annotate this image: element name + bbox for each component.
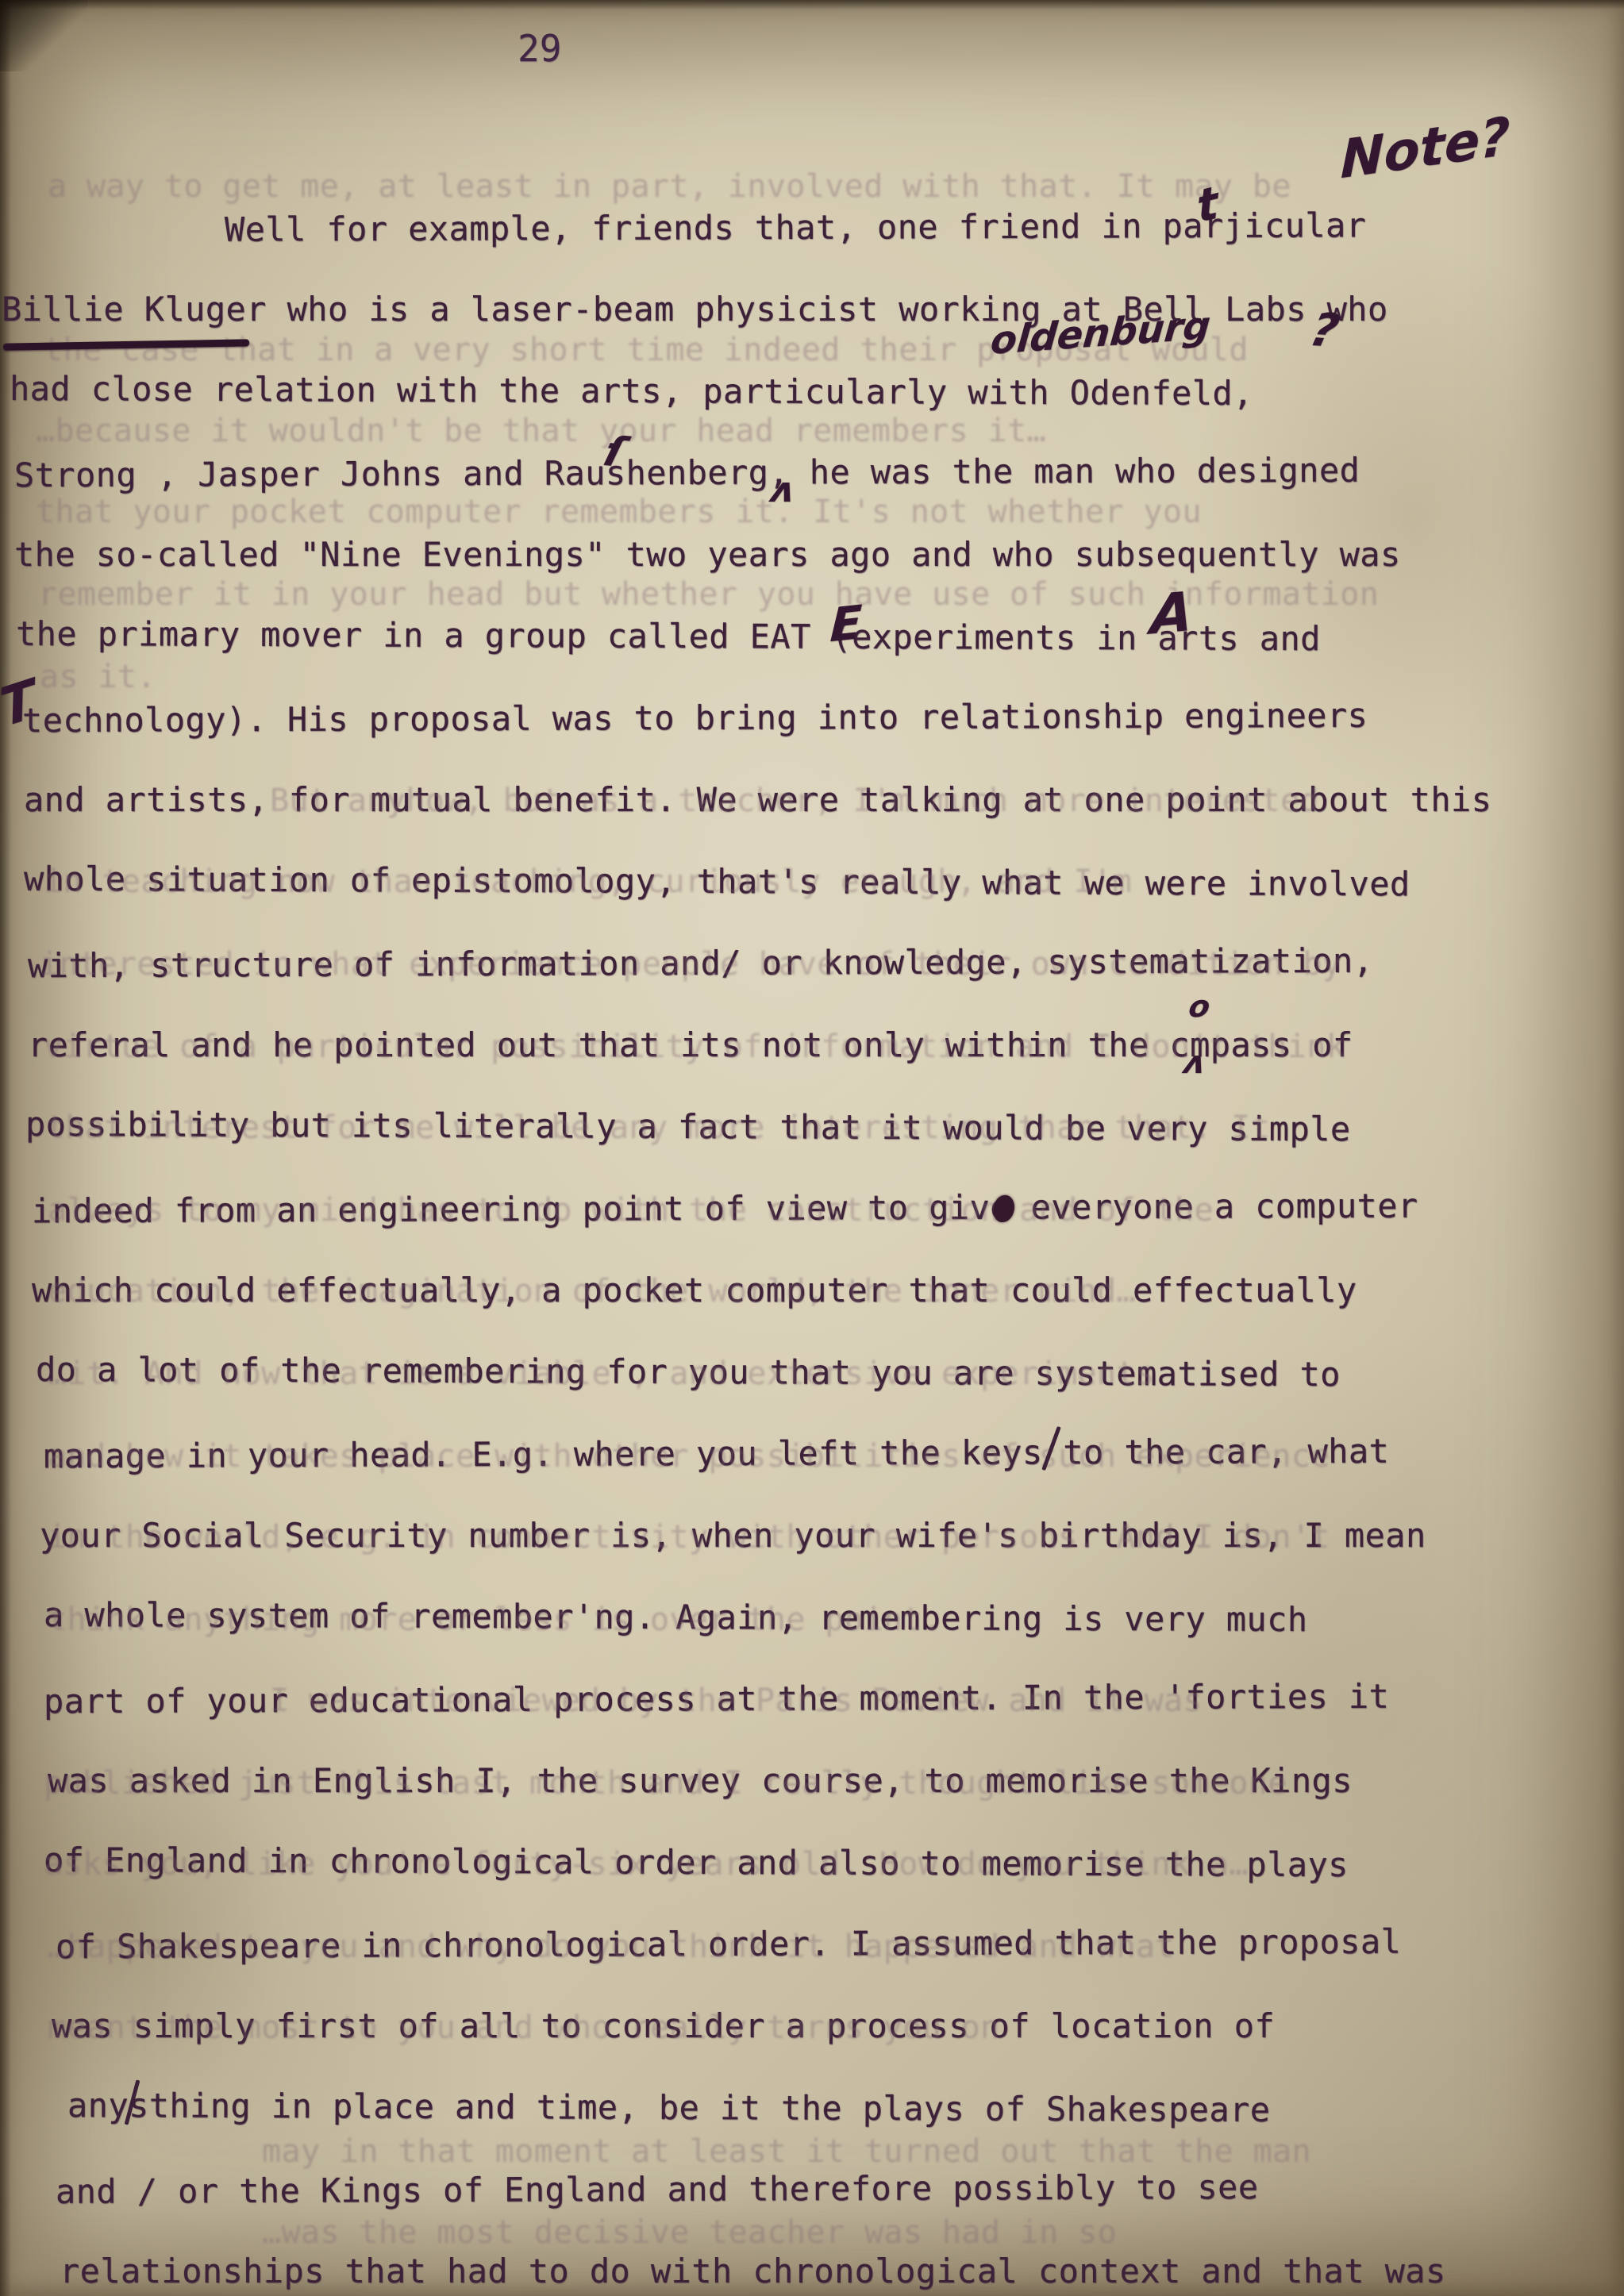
typed-line-7: technology). His proposal was to bring i… bbox=[22, 696, 1368, 740]
bleedthrough-line-3: …because it wouldn't be that your head r… bbox=[36, 413, 1046, 449]
typed-line-1: Well for example, friends that, one frie… bbox=[225, 206, 1367, 249]
bleedthrough-line-24: …was the most decisive teacher was had i… bbox=[262, 2214, 1117, 2251]
manuscript-page: 29 Well for example, friends that, one f… bbox=[0, 0, 1624, 2296]
bleedthrough-line-4: that your pocket computer remembers it. … bbox=[36, 494, 1202, 530]
typed-line-25: and / or the Kings of England and theref… bbox=[56, 2167, 1259, 2211]
bleedthrough-line-20: asks you, like you're forty-six years ol… bbox=[44, 1846, 1249, 1883]
typed-line-4: Strong , Jasper Johns and Raushenberg, h… bbox=[14, 451, 1360, 495]
handwritten-capital-e-over-experiments: E bbox=[829, 595, 863, 653]
bleedthrough-line-16: in the world, e.g. in connectivity with … bbox=[48, 1519, 1330, 1556]
bleedthrough-line-9: interested in what experience people hav… bbox=[40, 946, 1341, 983]
page-number: 29 bbox=[518, 27, 561, 70]
bleedthrough-line-23: may in that moment at least it turned ou… bbox=[262, 2133, 1311, 2170]
typed-line-3: had close relation with the arts, partic… bbox=[10, 369, 1253, 413]
bleedthrough-line-11: that interest for me will be any more in… bbox=[46, 1110, 1270, 1146]
photo-corner-shadow bbox=[0, 0, 87, 71]
handwritten-o-over-cmpass: o bbox=[1187, 989, 1213, 1024]
bleedthrough-line-8: in teaching now than teaching, curiously… bbox=[44, 863, 1132, 900]
bleedthrough-line-22: meant the most to you and who really tur… bbox=[48, 2009, 1000, 2046]
bleedthrough-line-17: think anything more or less is over the … bbox=[48, 1602, 941, 1638]
bleedthrough-line-10: virtue of a particular possibility of in… bbox=[44, 1029, 1345, 1065]
bleedthrough-line-18: I was interviewed by the Paris Review an… bbox=[270, 1683, 1203, 1719]
photo-edge-top bbox=[0, 0, 1624, 10]
handwritten-capital-a-over-arts: A bbox=[1149, 580, 1195, 647]
bleedthrough-line-1: a way to get me, at least in part, invol… bbox=[48, 168, 1291, 205]
typed-line-24: anysthing in place and time, be it the p… bbox=[67, 2086, 1271, 2129]
typed-line-5: the so-called "Nine Evenings" two years … bbox=[14, 535, 1401, 574]
bleedthrough-line-15: and how it takes place with other possib… bbox=[48, 1438, 1330, 1475]
bleedthrough-line-6: as it. bbox=[40, 659, 156, 695]
bleedthrough-line-7: But anyhow, but as a teacher, I'm much m… bbox=[270, 783, 1319, 819]
bleedthrough-line-21: …happened to you and why do you think it… bbox=[48, 1929, 1175, 1965]
handwritten-t-over-particular: t bbox=[1195, 176, 1221, 233]
typed-line-6: the primary mover in a group called EAT … bbox=[16, 614, 1321, 658]
bleedthrough-line-12: always to my mind has to do with the con… bbox=[48, 1192, 1214, 1229]
handwritten-capital-t-over-technology: T bbox=[0, 667, 40, 740]
handwritten-note-question: Note? bbox=[1340, 106, 1510, 191]
bleedthrough-line-14: …it. And now that is a viable , and exte… bbox=[48, 1356, 1155, 1392]
bleedthrough-line-13: education, the imagination of the world,… bbox=[48, 1273, 1136, 1310]
bleedthrough-line-19: published just this last month and I rea… bbox=[44, 1765, 1287, 1802]
typed-line-26: relationships that had to do with chrono… bbox=[60, 2252, 1446, 2290]
